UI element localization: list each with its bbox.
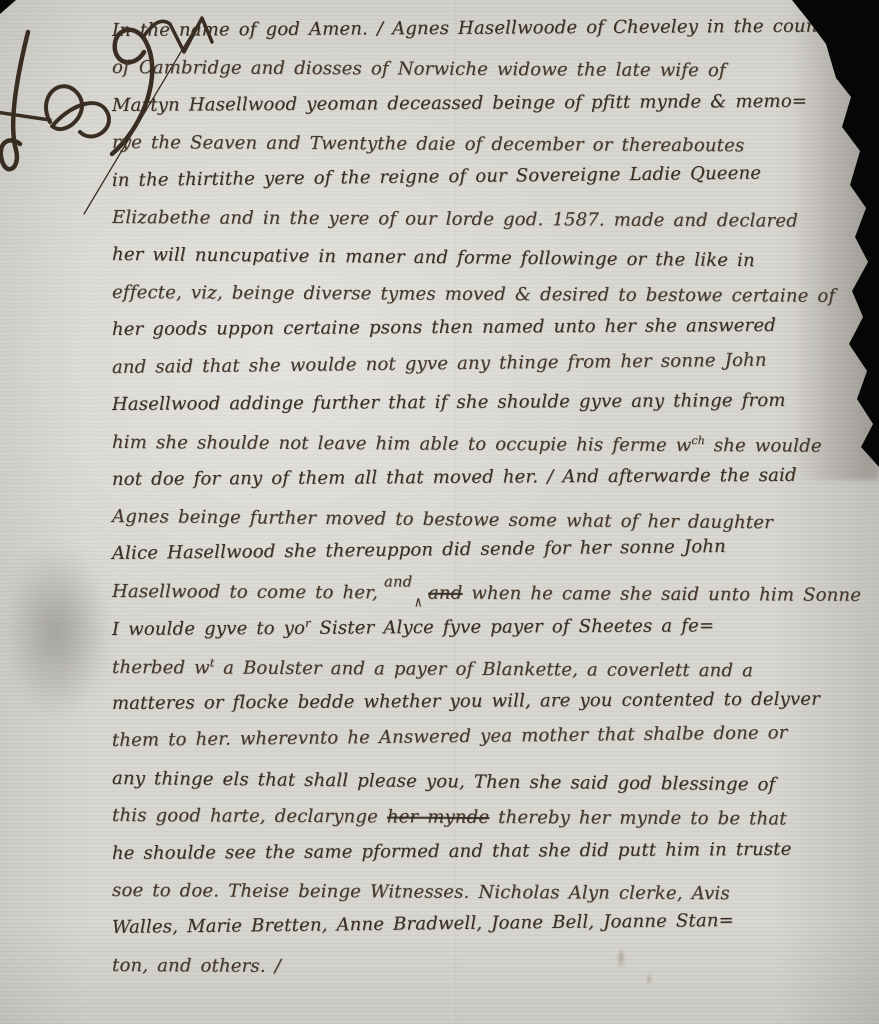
struck-out-text: and <box>428 583 463 604</box>
manuscript-line: Elizabethe and in the yere of our lorde … <box>112 207 869 248</box>
line-text: her goods uppon certaine psons then name… <box>112 315 776 340</box>
line-text: Hasellwood to come to her, <box>112 581 378 603</box>
line-text: he shoulde see the same pformed and that… <box>112 838 792 863</box>
line-text: a Boulster and a payer of Blankette, a c… <box>214 657 753 681</box>
manuscript-line: Walles, Marie Bretten, Anne Bradwell, Jo… <box>112 909 869 955</box>
caret-mark: ∧ <box>414 594 423 610</box>
superscript-abbreviation: ch <box>691 434 705 447</box>
line-text: effecte, viz, beinge diverse tymes moved… <box>112 282 835 307</box>
line-text: Agnes beinge further moved to bestowe so… <box>112 506 773 533</box>
line-text: she woulde <box>705 435 822 457</box>
line-text: matteres or flocke bedde whether you wil… <box>112 689 820 714</box>
line-text: thereby her mynde to be that <box>489 807 787 830</box>
manuscript-line: I woulde gyve to yor Sister Alyce fyve p… <box>112 614 869 656</box>
photo-background: In the name of god Amen. / Agnes Hasellw… <box>0 0 879 1024</box>
line-text: Hasellwood addinge further that if she s… <box>112 390 786 415</box>
line-text: Elizabethe and in the yere of our lorde … <box>112 207 798 232</box>
manuscript-line: Alice Hasellwood she thereuppon did send… <box>112 535 869 581</box>
manuscript-line: ton, and others. / <box>112 955 869 996</box>
manuscript-line: in the thirtithe yere of the reigne of o… <box>112 161 869 207</box>
line-text: Sister Alyce fyve payer of Sheetes a fe= <box>310 616 714 639</box>
line-text: him she shoulde not leave him able to oc… <box>112 432 691 456</box>
line-text: ton, and others. / <box>112 955 281 977</box>
manuscript-line: he shoulde see the same pformed and that… <box>112 838 869 880</box>
line-text: soe to doe. Theise beinge Witnesses. Nic… <box>112 880 730 904</box>
manuscript-line: Martyn Hasellwood yeoman deceassed being… <box>112 90 869 132</box>
line-text: when he came she said unto him Sonne <box>462 583 861 606</box>
line-text: therbed w <box>112 657 210 679</box>
line-text: this good harte, declarynge <box>112 805 387 827</box>
line-text: of Cambridge and diosses of Norwiche wid… <box>112 57 726 81</box>
manuscript-line: and said that she woulde not gyve any th… <box>112 348 869 394</box>
manuscript-line: Hasellwood addinge further that if she s… <box>112 389 869 431</box>
manuscript-text: In the name of god Amen. / Agnes Hasellw… <box>112 20 869 1024</box>
struck-out-text: her mynde <box>387 807 489 829</box>
line-text: Martyn Hasellwood yeoman deceassed being… <box>112 91 807 116</box>
line-text: rye the Seaven and Twentythe daie of dec… <box>112 132 744 156</box>
manuscript-line: In the name of god Amen. / Agnes Hasellw… <box>112 15 869 57</box>
line-text: In the name of god Amen. / Agnes Hasellw… <box>112 16 846 41</box>
manuscript-page: In the name of god Amen. / Agnes Hasellw… <box>0 0 879 1024</box>
interlinear-insertion: and <box>384 573 412 590</box>
manuscript-line: them to her. wherevnto he Answered yea m… <box>112 722 869 768</box>
line-text: her will nuncupative in maner and forme … <box>112 244 755 271</box>
line-text: any thinge els that shall please you, Th… <box>112 768 776 795</box>
line-text: I woulde gyve to yo <box>112 618 305 640</box>
manuscript-line: not doe for any of them all that moved h… <box>112 464 869 506</box>
line-text: not doe for any of them all that moved h… <box>112 465 797 490</box>
